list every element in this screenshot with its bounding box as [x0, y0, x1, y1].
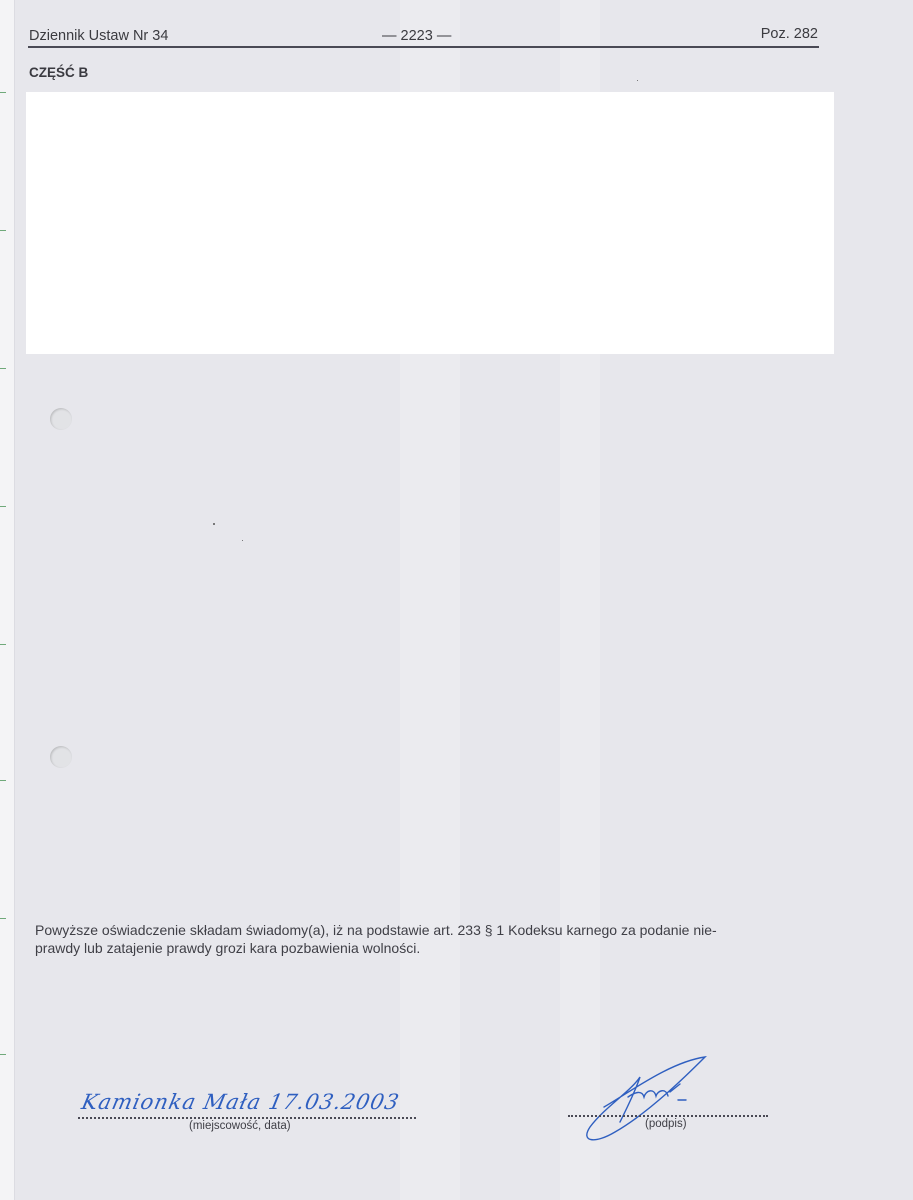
redacted-area [26, 92, 834, 354]
declaration-line: prawdy lub zatajenie prawdy grozi kara p… [35, 939, 835, 957]
signature-icon [570, 1052, 720, 1147]
scan-speck [242, 540, 243, 541]
page-header: Dziennik Ustaw Nr 34 — 2223 — Poz. 282 [28, 26, 819, 48]
punch-hole [50, 408, 72, 430]
position-number: Poz. 282 [761, 26, 818, 42]
scan-speck [213, 523, 215, 525]
place-date-caption: (miejscowość, data) [189, 1120, 291, 1132]
edge-tick [0, 780, 6, 781]
page-number: — 2223 — [382, 28, 451, 44]
scan-left-edge [0, 0, 15, 1200]
journal-title: Dziennik Ustaw Nr 34 [29, 28, 168, 44]
section-title: CZĘŚĆ B [29, 65, 88, 80]
declaration-line: Powyższe oświadczenie składam świadomy(a… [35, 921, 835, 939]
declaration-text: Powyższe oświadczenie składam świadomy(a… [35, 921, 835, 957]
edge-tick [0, 918, 6, 919]
signature-line [568, 1115, 768, 1117]
place-date-handwriting: Kamionka Mała 17.03.2003 [79, 1090, 401, 1114]
edge-tick [0, 1054, 6, 1055]
punch-hole [50, 746, 72, 768]
edge-tick [0, 92, 6, 93]
place-date-line [78, 1117, 416, 1119]
edge-tick [0, 506, 6, 507]
edge-tick [0, 368, 6, 369]
scan-speck [637, 80, 638, 81]
edge-tick [0, 644, 6, 645]
edge-tick [0, 230, 6, 231]
signature-caption: (podpis) [645, 1118, 687, 1130]
